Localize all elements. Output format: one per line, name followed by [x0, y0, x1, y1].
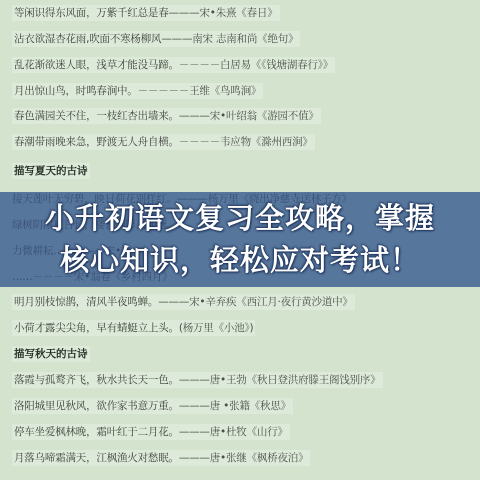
poem-attribution: ———宋•朱熹《春日》 [169, 7, 278, 19]
poem-verse: 停车坐爱枫林晚，霜叶红于二月花。 [14, 426, 179, 438]
poem-attribution: ———宋•叶绍翁《游园不值》 [179, 110, 319, 122]
poem-line: 沾衣欲湿杏花雨,吹面不寒杨柳风———南宋 志南和尚《绝句》 [12, 31, 300, 47]
poem-line: 春色满园关不住，一枝红杏出墙来。———宋•叶绍翁《游园不值》 [12, 108, 321, 124]
poem-verse: 月落乌啼霜满天，江枫渔火对愁眠。 [14, 452, 179, 464]
poem-line: 春潮带雨晚来急，野渡无人舟自横。－－－－韦应物《滁州西涧》 [12, 134, 315, 150]
poem-line: 明月别枝惊鹊，清风半夜鸣蝉。———宋•辛弃疾《西江月·夜行黄沙道中》 [12, 294, 355, 310]
poem-verse: 乱花渐欲迷人眼，浅草才能没马蹄。 [14, 59, 179, 71]
poem-line: 月出惊山鸟，时鸣春涧中。－－－－－王维《鸟鸣涧》 [12, 83, 263, 99]
poem-verse: 落霞与孤鹜齐飞，秋水共长天一色。 [14, 374, 179, 386]
poem-verse: 等闲识得东风面，万紫千红总是春 [14, 7, 169, 19]
section-heading-summer: 描写夏天的古诗 [12, 163, 90, 179]
poem-line: 乱花渐欲迷人眼，浅草才能没马蹄。－－－－白居易《《钱塘湖春行》》 [12, 57, 335, 73]
poem-verse: 春潮带雨晚来急，野渡无人舟自横。 [14, 136, 179, 148]
banner-title-line-2: 核心知识，轻松应对考试！ [0, 239, 480, 281]
poem-verse: 春色满园关不住，一枝红杏出墙来。 [14, 110, 179, 122]
poem-line: 停车坐爱枫林晚，霜叶红于二月花。———唐•杜牧《山行》 [12, 424, 290, 440]
poem-attribution: ———唐 •张籍《秋思》 [179, 400, 291, 412]
poem-line: 小荷才露尖尖角，早有蜻蜓立上头。(杨万里《小池》) [12, 320, 255, 336]
poem-attribution: －－－－韦应物《滁州西涧》 [179, 136, 313, 148]
poem-attribution: ———南宋 志南和尚《绝句》 [161, 33, 298, 45]
poem-line: 落霞与孤鹜齐飞，秋水共长天一色。———唐•王勃《秋日登洪府滕王阁饯别序》 [12, 372, 383, 388]
poem-attribution: －－－－白居易《《钱塘湖春行》》 [179, 59, 333, 71]
poem-attribution: ———唐•杜牧《山行》 [179, 426, 288, 438]
poem-attribution: (杨万里《小池》) [179, 322, 254, 334]
poem-line: 洛阳城里见秋风，欲作家书意万重。———唐 •张籍《秋思》 [12, 398, 293, 414]
banner-title: 小升初语文复习全攻略，掌握 核心知识，轻松应对考试！ [0, 197, 480, 281]
poem-attribution: ———宋•辛弃疾《西江月·夜行黄沙道中》 [158, 296, 353, 308]
banner-title-line-1: 小升初语文复习全攻略，掌握 [45, 201, 435, 235]
poem-verse: 洛阳城里见秋风，欲作家书意万重。 [14, 400, 179, 412]
poem-verse: 小荷才露尖尖角，早有蜻蜓立上头。 [14, 322, 179, 334]
poem-attribution: ———唐•张继《枫桥夜泊》 [179, 452, 309, 464]
poem-attribution: －－－－－王维《鸟鸣涧》 [138, 85, 262, 97]
poem-line: 等闲识得东风面，万紫千红总是春———宋•朱熹《春日》 [12, 5, 280, 21]
poem-verse: 沾衣欲湿杏花雨,吹面不寒杨柳风 [14, 33, 161, 45]
poem-line: 月落乌啼霜满天，江枫渔火对愁眠。———唐•张继《枫桥夜泊》 [12, 450, 310, 466]
poem-attribution: ———唐•王勃《秋日登洪府滕王阁饯别序》 [179, 374, 381, 386]
section-heading-autumn: 描写秋天的古诗 [12, 346, 90, 362]
poem-verse: 月出惊山鸟，时鸣春涧中。 [14, 85, 138, 97]
poem-verse: 明月别枝惊鹊，清风半夜鸣蝉。 [14, 296, 158, 308]
